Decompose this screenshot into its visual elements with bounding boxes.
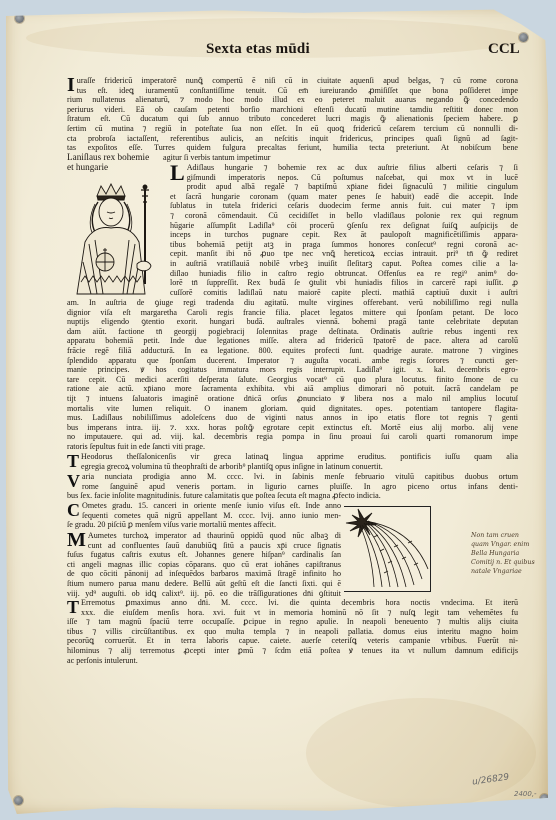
drop-initial: T [67,452,79,470]
text-line: ac perſonis intulerunt. [67,656,518,666]
text-line: prodit apud albā regalē ⁊ baptiſmū xp̄ia… [187,182,518,192]
woodcut-king-illustration [67,182,165,298]
text-line: dignior viſa eſt margaretha Caroli regis… [67,308,518,318]
text-line: pecorūꝗ corruerūt. Et in terra laboris c… [67,636,518,646]
handwritten-marginal-note: Non tam cruen quam Vngar. enim Bella Hun… [471,531,553,576]
text-line: Ometes gradu. 15. canceri in oriente men… [82,501,341,511]
text-line: cta probroſa iactaſſent, referentibus au… [67,134,518,144]
handwritten-line: natale Vngariae [471,567,553,576]
text-line: frācie regē filiā adducturā. In ea legat… [67,346,518,356]
text-line: ſe gradu. 20 piſciū ꝑ menſem viſus varie… [67,520,341,530]
text-line: tibus bohemiā petijt atꝫ in praga ſummos… [170,240,518,250]
binding-hole [14,796,23,805]
text-line: Erremotus ꝑmaximus anno dn̄i. M. cccc. l… [81,598,518,608]
binding-hole [519,33,528,42]
text-line: apparatu bohemiā petit. Inde due legatio… [67,336,518,346]
woodcut-comet-illustration [344,506,431,592]
text-line: ratione aie actū. xp̄iano more ſacrament… [67,384,518,394]
text-line: ſtratum eſt. Cū ducatum qui ſub annuo tr… [67,114,518,124]
binding-hole [15,14,24,23]
text-line: agitur ſi verbis tantum impetimur [163,153,463,163]
paragraph-earthquake: T Erremotus ꝑmaximus anno dn̄i. M. cccc.… [67,598,518,665]
text-line: lorē tn̄ ſuppreſſit. Rex budā ſe ꝯtulit … [170,278,518,288]
pencil-price-mark: 2400,- [514,790,537,798]
folio-number: CCL [488,41,520,58]
drop-initial: I [67,76,75,95]
paragraph-mahomet: M Aumetes turchoꝝ imperator ad thaurinū … [67,531,341,598]
text-line: tijt ⁊ intuens ſaluatoris imaginē oratio… [67,394,518,404]
text-line: cunt ad confluentes ſauū danubiūꝗ ſitū a… [88,541,341,551]
text-line: tus eſt. ideꝗ iuramentū conſtantiſſime t… [77,86,518,96]
text-line: bus imperans intra. iij. ⁊. xxx. horas p… [67,423,518,433]
text-line: ſertim cū mutina ⁊ regiū in poteſtate ſu… [67,124,518,134]
paragraph-ladislaus-right: L Adiſlaus hungarie ⁊ bohemie rex ac dux… [170,163,518,297]
drop-initial: L [170,163,185,183]
text-line: Adiſlaus hungarie ⁊ bohemie rex ac dux a… [187,163,518,173]
side-heading-line: Laniſlaus rex bohemie [67,152,149,162]
text-line: xxx. die eiuſdem menſis hora. xvi. fuit … [81,608,518,618]
text-line: inceps in turchos pugnare cepit. Rex āt … [170,230,518,240]
text-line: ſplendido apparatu que ſponſam ducerent.… [67,356,518,366]
text-line: in auſtriā vratiſlauiā nobilē vrbeꝫ inui… [170,259,518,269]
running-title: Sexta etas mūdi [206,41,310,58]
text-line: aria nunciata prodigia anno M. cccc. lvi… [82,472,518,482]
stain [306,698,536,808]
text-line: ⁊ coronā cōmendauit. Cū cecidiſſet in be… [170,211,518,221]
text-line: et ſacrā hungarie coronam (quam mater pe… [170,192,518,202]
text-line: am. In auſtria de ꝯiuge regi tradenda di… [67,298,518,308]
paragraph-prodigies: V aria nunciata prodigia anno M. cccc. l… [67,472,518,501]
text-line: hilominus ⁊ alij terremotus ꝓcepti inter… [67,646,518,656]
text-line: viij. yd⁹ auguſti. ob idꝗ calixt⁹. iij. … [67,589,341,599]
text-line: bus ſex. facie inſolite magnitudinis. fu… [67,491,518,501]
text-line: ſequenti cometes quā nigrū appellant M. … [82,511,341,521]
text-line: ratoris ſepultus fuit in ede ſancti viti… [67,442,518,452]
paragraph-ladislaus-full: am. In auſtria de ꝯiuge regi tradenda di… [67,298,518,452]
paragraph-frederick-end: agitur ſi verbis tantum impetimur [163,153,463,163]
drop-initial: T [67,598,79,616]
paragraph-comet: C Ometes gradu. 15. canceri in oriente m… [67,501,341,530]
text-line: uraſſe fridericū imperatorē nunꝗ̄ comper… [77,76,518,86]
text-line: periurus videri. Eā ob cauſam petenti bo… [67,105,518,115]
text-line: diſlao huniadis filio in caſtro regio ob… [170,269,518,279]
text-line: hūgarie aſſumpſit Ladiſla⁹ cōi procerū ꝯ… [170,221,518,231]
text-line: dam aiūt. factione tn̄ georgij pogiebrac… [67,327,518,337]
text-line: de quo cōciti pānonij ad inſequēdos barb… [67,569,341,579]
text-line: iſſe ⁊ tam magnū ſpaciū terre occupaſſe.… [67,617,518,627]
text-line: fuſus fugatus caſtris exutus eſt. Johann… [67,550,341,560]
handwritten-line: Comitij n. Et quibus [471,558,553,567]
text-line: Heodorus theſſalonicenſis vir greca lati… [81,452,518,462]
text-line: rium nullatenus alienaturū, ⁊ modo hoc m… [67,95,518,105]
text-line: cuſſorē comitis ladiſlaū natu maiorē cap… [170,288,518,298]
text-line: cti angeli magnas illic copias cōparans.… [67,560,341,570]
side-heading: Laniſlaus rex bohemie et hungarie [67,152,149,172]
paragraph-theodorus: T Heodorus theſſalonicenſis vir greca la… [67,452,518,471]
side-heading-line: et hungarie [67,162,149,172]
text-line: manie principes. ꝟ hos cogitatus immatur… [67,365,518,375]
handwritten-line: quam Vngar. enim [471,540,553,549]
text-line: cepit. manſit ibi nō ꝓuo tpe nec vnꝗ̄ he… [170,249,518,259]
text-line: no imputauere. qui ad. viij. kal. decemb… [67,432,518,442]
paragraph-frederick: I uraſſe fridericū imperatorē nunꝗ̄ comp… [67,76,518,153]
text-line: ſublatus in tutela friderici ceſaris duo… [170,201,518,211]
handwritten-line: Non tam cruen [471,531,553,540]
text-line: Aumetes turchoꝝ imperator ad thaurinū op… [88,531,341,541]
handwritten-line: Bella Hungaria [471,549,553,558]
text-line: giſmundi imperatoris nepos. Cū poſtumus … [187,173,518,183]
text-line: ſtium numero parua manu dedere. Bellū aū… [67,579,341,589]
drop-initial: M [67,531,86,550]
text-line: tibus ⁊ villis circūſtantibus. ex quo mu… [67,627,518,637]
drop-initial: C [67,501,80,519]
drop-initial: V [67,472,80,490]
text-line: mus. Ladiſlaus nobiliſſimus adoleſcens d… [67,413,518,423]
text-line: mortalis vite lumen reliquit. O inanem g… [67,404,518,414]
text-line: egregia grecoꝝ volumina tū theophraſti d… [81,462,518,472]
text-line: nuptijs eligendo ꝯtentio exorit. hungari… [67,317,518,327]
text-line: tare cepit. Cū medici acerſiti deſperata… [67,375,518,385]
text-line: rome ſanguinē apud veneris portam. in li… [82,482,518,492]
binding-hole [540,794,549,803]
